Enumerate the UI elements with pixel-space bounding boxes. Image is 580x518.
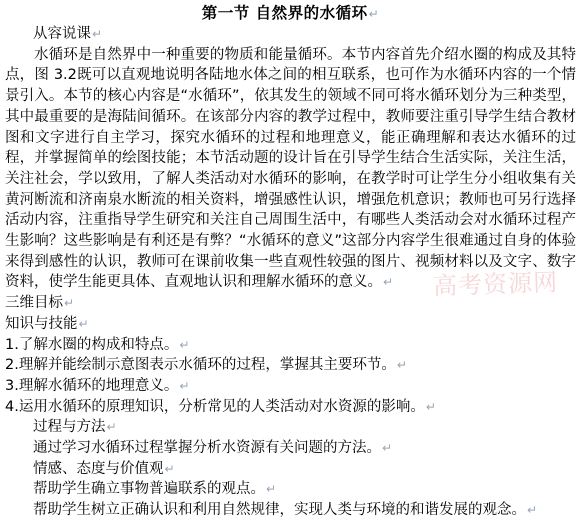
paragraph-text: 过程与方法 xyxy=(33,419,106,435)
pilcrow-icon: ↵ xyxy=(178,379,189,393)
paragraph: 3.理解水循环的地理意义。↵ xyxy=(5,376,576,397)
paragraph: 帮助学生确立事物普遍联系的观点。↵ xyxy=(5,479,576,500)
pilcrow-icon: ↵ xyxy=(368,7,380,21)
paragraph: 帮助学生树立正确认识和利用自然规律，实现人类与环境的和谐发展的观念。↵ xyxy=(5,500,576,518)
pilcrow-icon: ↵ xyxy=(63,296,74,310)
pilcrow-icon: ↵ xyxy=(106,420,117,434)
pilcrow-icon: ↵ xyxy=(265,482,276,496)
paragraph: 情感、态度与价值观↵ xyxy=(5,459,576,480)
paragraph-text: 从容说课 xyxy=(33,26,91,42)
document-title: 第一节 自然界的水循环↵ xyxy=(5,3,576,24)
paragraph: 通过学习水循环过程掌握分析水资源有关问题的方法。↵ xyxy=(5,438,576,459)
paragraph-text: 水循环是自然界中一种重要的物质和能量循环。本节内容首先介绍水圈的构成及其特点，图… xyxy=(5,47,576,291)
pilcrow-icon: ↵ xyxy=(381,441,392,455)
paragraph: 2.理解并能绘制示意图表示水循环的过程，掌握其主要环节。↵ xyxy=(5,355,576,376)
paragraph-text: 情感、态度与价值观 xyxy=(33,461,164,477)
paragraph: 过程与方法↵ xyxy=(5,417,576,438)
paragraph: 4.运用水循环的原理知识，分析常见的人类活动对水资源的影响。↵ xyxy=(5,397,576,418)
document-title-text: 第一节 自然界的水循环 xyxy=(202,4,368,22)
document-body: 从容说课↵水循环是自然界中一种重要的物质和能量循环。本节内容首先介绍水圈的构成及… xyxy=(5,24,576,518)
paragraph-text: 2.理解并能绘制示意图表示水循环的过程，掌握其主要环节。 xyxy=(5,357,396,373)
paragraph-text: 帮助学生树立正确认识和利用自然规律，实现人类与环境的和谐发展的观念。 xyxy=(33,502,526,518)
document-page: 第一节 自然界的水循环↵ 从容说课↵水循环是自然界中一种重要的物质和能量循环。本… xyxy=(0,0,580,518)
paragraph: 从容说课↵ xyxy=(5,24,576,45)
pilcrow-icon: ↵ xyxy=(91,27,102,41)
paragraph: 三维目标↵ xyxy=(5,293,576,314)
paragraph: 知识与技能↵ xyxy=(5,314,576,335)
paragraph-text: 知识与技能 xyxy=(5,316,78,332)
pilcrow-icon: ↵ xyxy=(382,275,393,289)
paragraph-text: 三维目标 xyxy=(5,295,63,311)
pilcrow-icon: ↵ xyxy=(164,462,175,476)
pilcrow-icon: ↵ xyxy=(526,503,537,517)
paragraph-text: 4.运用水循环的原理知识，分析常见的人类活动对水资源的影响。 xyxy=(5,399,425,415)
pilcrow-icon: ↵ xyxy=(78,317,89,331)
paragraph-text: 3.理解水循环的地理意义。 xyxy=(5,378,178,394)
paragraph: 水循环是自然界中一种重要的物质和能量循环。本节内容首先介绍水圈的构成及其特点，图… xyxy=(5,45,576,293)
pilcrow-icon: ↵ xyxy=(178,338,189,352)
pilcrow-icon: ↵ xyxy=(396,358,407,372)
paragraph-text: 帮助学生确立事物普遍联系的观点。 xyxy=(33,481,265,497)
paragraph: 1.了解水圈的构成和特点。↵ xyxy=(5,335,576,356)
paragraph-text: 1.了解水圈的构成和特点。 xyxy=(5,337,178,353)
pilcrow-icon: ↵ xyxy=(425,400,436,414)
paragraph-text: 通过学习水循环过程掌握分析水资源有关问题的方法。 xyxy=(33,440,381,456)
